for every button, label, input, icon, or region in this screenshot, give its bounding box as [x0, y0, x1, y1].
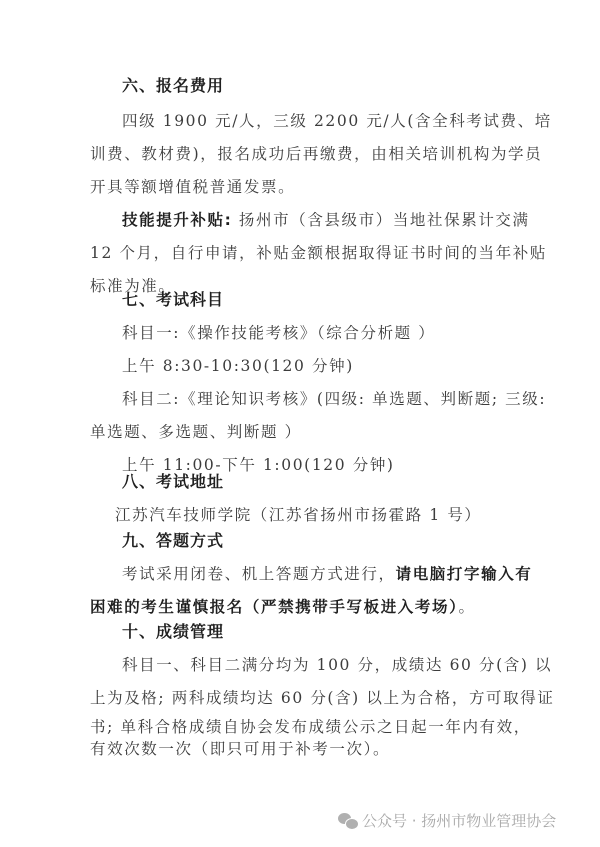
answer-method-warning: 请电脑打字输入有: [396, 565, 533, 583]
footer-watermark: 公众号 · 扬州市物业管理协会: [338, 810, 556, 831]
address-line-1: 江苏汽车技师学院（江苏省扬州市扬霍路 1 号）: [115, 505, 482, 525]
subsidy-label: 技能提升补贴:: [122, 211, 232, 229]
section-heading-subjects: 七、考试科目: [122, 290, 224, 310]
subsidy-line-1: 技能提升补贴: 扬州市（含县级市）当地社保累计交满: [122, 210, 530, 230]
subjects-line-2: 上午 8:30-10:30(120 分钟): [122, 356, 354, 376]
section-heading-address: 八、考试地址: [122, 472, 224, 492]
scores-line-1: 科目一、科目二满分均为 100 分，成绩达 60 分(含) 以: [122, 655, 552, 675]
scores-line-4: 有效次数一次（即只可用于补考一次）。: [90, 739, 390, 759]
scores-line-3: 书; 单科合格成绩自协会发布成绩公示之日起一年内有效，: [90, 717, 531, 737]
footer-text: 公众号 · 扬州市物业管理协会: [362, 810, 556, 831]
subjects-line-4: 单选题、多选题、判断题 ）: [90, 422, 302, 442]
document-page: 六、报名费用 四级 1900 元/人，三级 2200 元/人(含全科考试费、培 …: [0, 0, 600, 847]
scores-line-2: 上为及格; 两科成绩均达 60 分(含) 以上为合格，方可取得证: [90, 688, 554, 708]
answer-method-end: 。: [458, 598, 475, 616]
subsidy-line-2: 12 个月，自行申请，补贴金额根据取得证书时间的当年补贴: [90, 243, 547, 263]
section-heading-scores: 十、成绩管理: [122, 622, 224, 642]
section-heading-answer-method: 九、答题方式: [122, 531, 224, 551]
answer-method-line-2: 困难的考生谨慎报名（严禁携带手写板进入考场）。: [90, 597, 476, 617]
subjects-line-3: 科目二:《理论知识考核》(四级: 单选题、判断题; 三级:: [122, 389, 546, 409]
section-heading-fee: 六、报名费用: [122, 76, 224, 96]
subjects-line-1: 科目一:《操作技能考核》（综合分析题 ）: [122, 323, 435, 343]
fee-line-2: 训费、教材费)，报名成功后再缴费，由相关培训机构为学员: [90, 144, 542, 164]
answer-method-warning-cont: 困难的考生谨慎报名（严禁携带手写板进入考场）: [90, 598, 458, 616]
answer-method-text: 考试采用闭卷、机上答题方式进行，: [122, 565, 396, 583]
answer-method-line-1: 考试采用闭卷、机上答题方式进行，请电脑打字输入有: [122, 564, 532, 584]
fee-line-3: 开具等额增值税普通发票。: [90, 177, 295, 197]
subsidy-text: 扬州市（含县级市）当地社保累计交满: [232, 211, 529, 229]
wechat-icon: [338, 813, 358, 829]
fee-line-1: 四级 1900 元/人，三级 2200 元/人(含全科考试费、培: [122, 111, 552, 131]
